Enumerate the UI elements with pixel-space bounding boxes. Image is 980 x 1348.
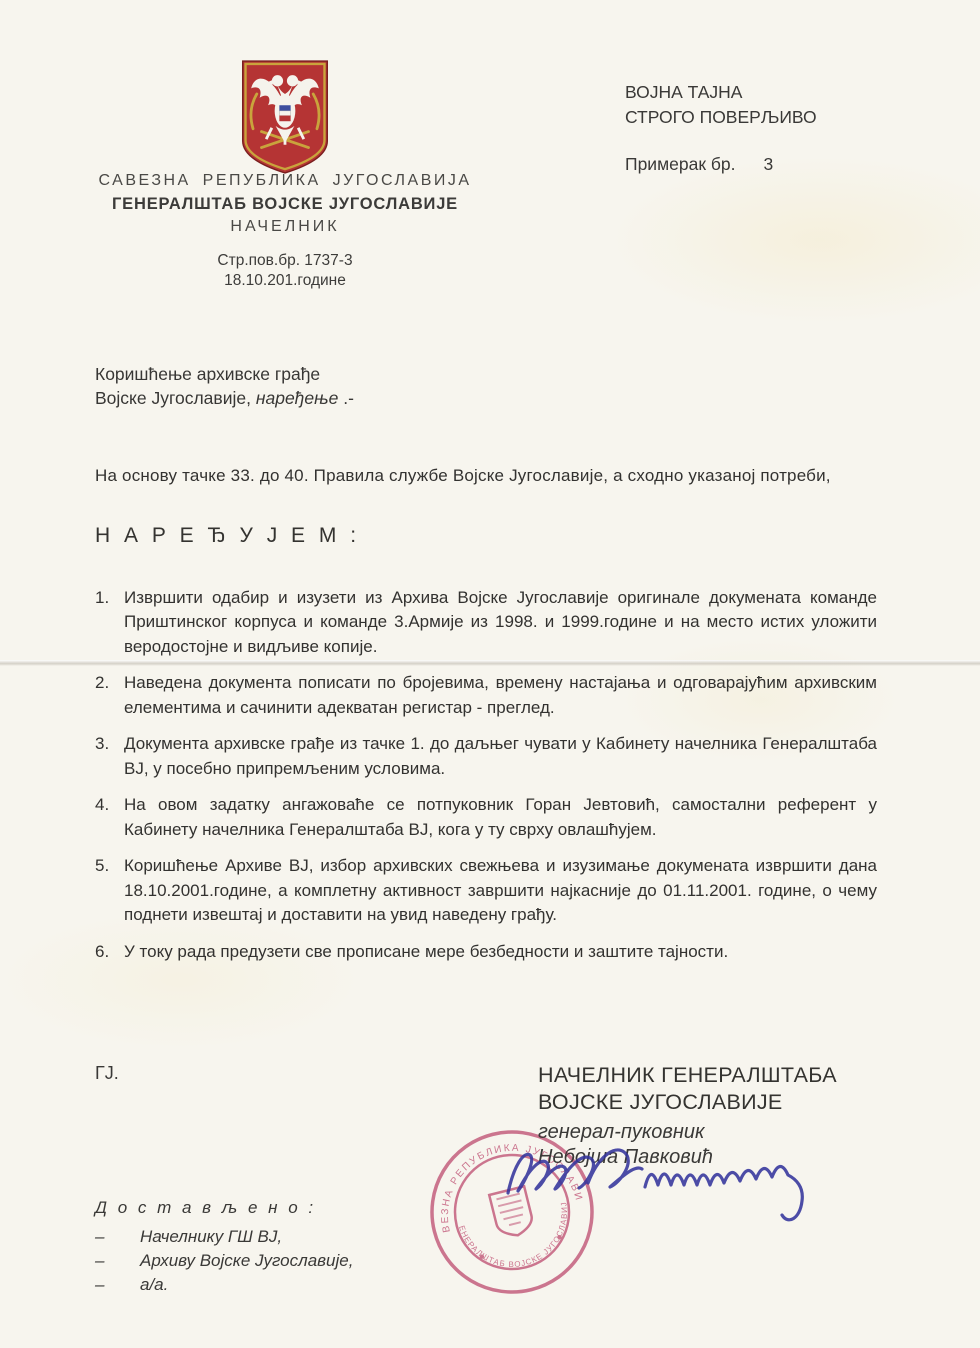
order-heading: Н А Р Е Ђ У Ј Е М :: [95, 524, 360, 548]
reference-number: Стр.пов.бр. 1737-3: [70, 251, 500, 271]
org-name-line: ГЕНЕРАЛШТАБ ВОЈСКЕ ЈУГОСЛАВИЈЕ: [70, 193, 500, 216]
dash-bullet: –: [95, 1225, 140, 1249]
preamble: На основу тачке 33. до 40. Правила служб…: [95, 466, 885, 486]
signature-stroke: [508, 1150, 802, 1220]
coat-of-arms: [238, 58, 332, 176]
org-office-line: НАЧЕЛНИК: [70, 216, 500, 239]
subject-line1: Коришћење архивске грађе: [95, 362, 354, 386]
order-item-2: 2.Наведена документа пописати по бројеви…: [95, 671, 877, 720]
letterhead: САВЕЗНА РЕПУБЛИКА ЈУГОСЛАВИЈА ГЕНЕРАЛШТА…: [70, 170, 500, 291]
classification-line1: ВОЈНА ТАЈНА: [625, 80, 817, 105]
subject-block: Коришћење архивске грађе Војске Југослав…: [95, 362, 354, 410]
classification-block: ВОЈНА ТАЈНА СТРОГО ПОВЕРЉИВО Примерак бр…: [625, 80, 817, 177]
distribution-item-3: – а/а.: [95, 1273, 353, 1297]
eagle-shield-icon: [238, 58, 332, 176]
distribution-heading: Д о с т а в љ е н о :: [95, 1196, 353, 1220]
order-item-5: 5.Коришћење Архиве ВЈ, избор архивских с…: [95, 854, 877, 927]
chest-shield: [279, 105, 290, 121]
copy-number-line: Примерак бр. 3: [625, 152, 817, 177]
dash-bullet: –: [95, 1249, 140, 1273]
classification-line2: СТРОГО ПОВЕРЉИВО: [625, 105, 817, 130]
copy-number: 3: [763, 152, 773, 177]
order-item-1: 1.Извршити одабир и изузети из Архива Во…: [95, 586, 877, 659]
distribution-item-2: – Архиву Војске Југославије,: [95, 1249, 353, 1273]
subject-order-word: наређење: [256, 388, 339, 408]
distribution-block: Д о с т а в љ е н о : – Начелнику ГШ ВЈ,…: [95, 1196, 353, 1298]
signatory-title-line2: ВОЈСКЕ ЈУГОСЛАВИЈЕ: [538, 1089, 837, 1116]
order-item-6: 6.У току рада предузети све прописане ме…: [95, 940, 877, 964]
copy-label: Примерак бр.: [625, 152, 735, 177]
handwritten-signature: [490, 1125, 840, 1240]
order-items-list: 1.Извршити одабир и изузети из Архива Во…: [95, 586, 877, 976]
order-item-4: 4.На овом задатку ангажоваће се потпуков…: [95, 793, 877, 842]
typist-initials: ГЈ.: [95, 1063, 119, 1084]
document-date: 18.10.201.године: [70, 271, 500, 291]
order-item-3: 3.Документа архивске грађе из тачке 1. д…: [95, 732, 877, 781]
dash-bullet: –: [95, 1273, 140, 1297]
distribution-item-1: – Начелнику ГШ ВЈ,: [95, 1225, 353, 1249]
subject-line2: Војске Југославије, наређење .-: [95, 386, 354, 410]
signatory-title-line1: НАЧЕЛНИК ГЕНЕРАЛШТАБА: [538, 1062, 837, 1089]
org-country-line: САВЕЗНА РЕПУБЛИКА ЈУГОСЛАВИЈА: [70, 170, 500, 193]
